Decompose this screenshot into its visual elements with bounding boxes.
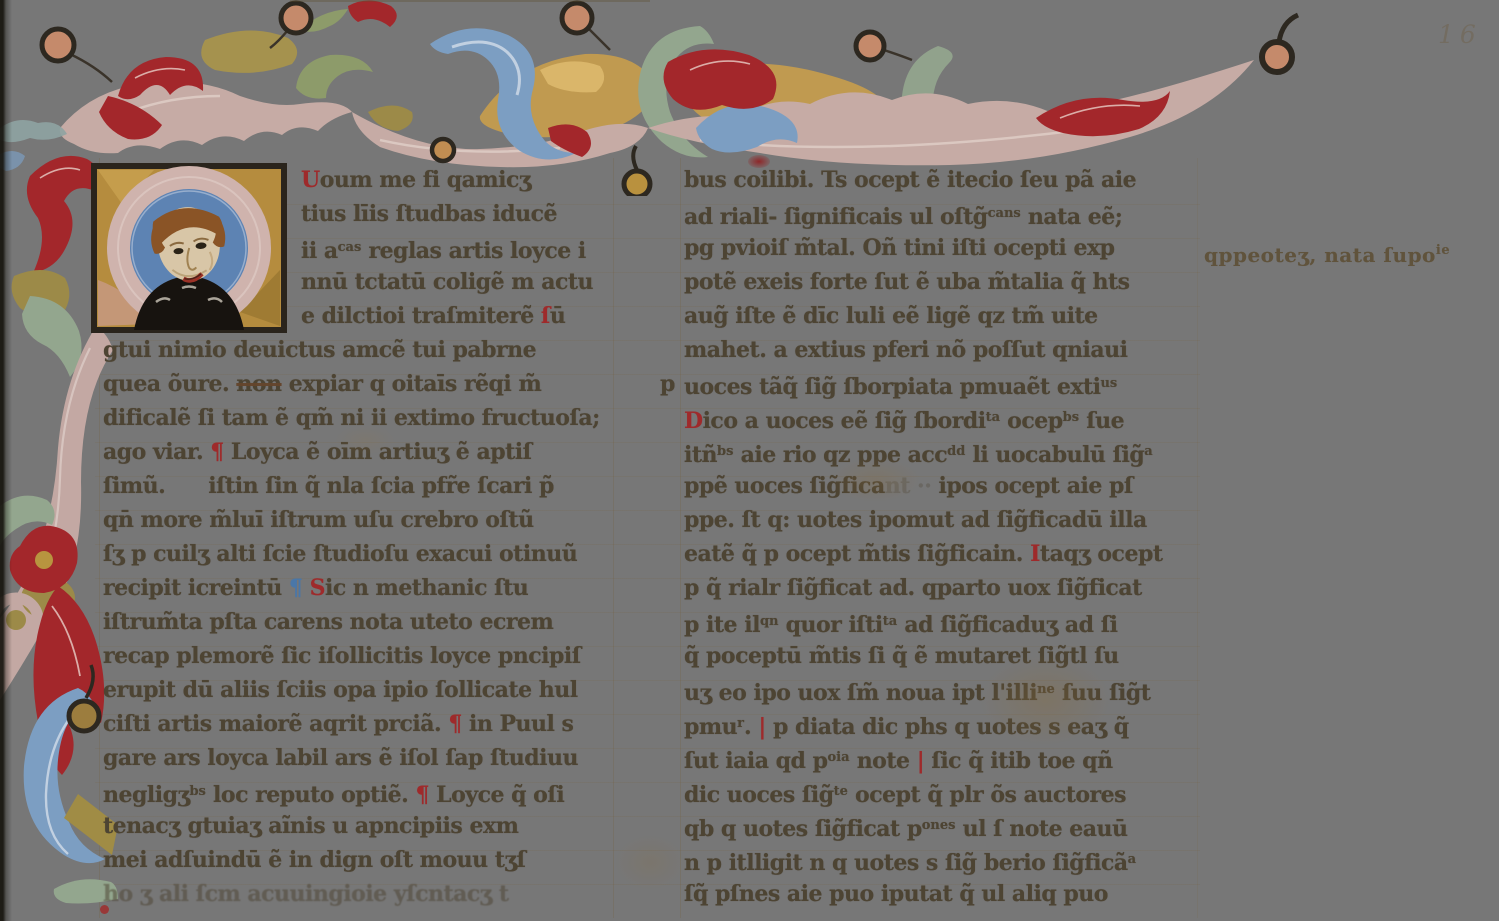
script-segment: pg pvioiſ m̃tal. Oñ tini iſti ocepti exp xyxy=(684,235,1114,261)
right-text-column: bus coilibi. Ts ocept ẽ itecio ſeu pã ai… xyxy=(684,163,1200,911)
marginal-annotation-superscript: ie xyxy=(1436,243,1450,258)
script-segment: qb q uotes ſig̃ficat p xyxy=(684,816,922,842)
parchment-stain xyxy=(615,835,685,890)
script-segment: ta xyxy=(986,410,1000,425)
script-segment: Loyce q̃ oſi xyxy=(436,782,564,808)
folio-number: 16 xyxy=(1438,20,1482,49)
left-text-column: Uoum me fi qamicʒtius līis ſtudbas iducẽ… xyxy=(103,163,619,911)
script-segment: ad riali- ſignificais ul oſtg̃ xyxy=(684,204,988,230)
script-segment: a xyxy=(1144,444,1152,459)
script-segment: e dilctioi traſmiterẽ xyxy=(301,303,541,329)
text-line: ſq̃ pſnes aie puo iputat q̃ ul aliq puo xyxy=(684,877,1200,911)
text-line: qn̄ more m̃luī iſtrum uſu crebro oſtũ xyxy=(103,503,619,537)
text-line: ſimũ. iſtin ſin q̃ nla ſcia pfr̃e ſcari … xyxy=(103,469,619,503)
script-segment: li uocabulū ſig̃ xyxy=(965,442,1144,468)
script-segment: ſuu ſig̃t xyxy=(1055,680,1151,706)
text-line: ciſti artis maiorẽ aqrit prciã. ¶ in Puu… xyxy=(103,707,619,741)
script-segment: pmu xyxy=(684,714,737,740)
script-segment: ocept q̃ plr õs auctores xyxy=(848,782,1126,808)
rubric-segment: I xyxy=(1030,541,1040,567)
text-line: erupit dū aliis ſciis opa ipio ſollicate… xyxy=(103,673,619,707)
text-line: ppẽ uoces ſig̃ficant ·· ipos ocept aie p… xyxy=(684,469,1200,503)
script-segment: nata eẽ; xyxy=(1021,204,1123,230)
script-segment: itñ xyxy=(684,442,717,468)
text-line: itñbs aie rio qz ppe accdd li uocabulū ſ… xyxy=(684,435,1200,469)
text-line: eatẽ q̃ p ocept m̃tis ſig̃ficain. Itaqʒ … xyxy=(684,537,1200,571)
script-segment: negligʒ xyxy=(103,782,189,808)
script-segment: te xyxy=(834,784,848,799)
script-segment: dificalẽ ſi tam ẽ qm̃ ni ii extimo fruct… xyxy=(103,405,600,431)
page-edge-shadow xyxy=(290,0,650,2)
script-segment: nnū tctatū coligẽ m actu xyxy=(301,269,593,295)
script-segment: recipit icreintū xyxy=(103,575,289,601)
script-segment: oum me fi qamicʒ xyxy=(320,167,531,193)
script-segment: n p itlligit n q uotes s ſig̃ berio ſig̃… xyxy=(684,850,1128,876)
script-segment: ago viar. xyxy=(103,439,210,465)
script-segment: ppẽ uoces ſig̃fica xyxy=(684,473,885,499)
script-segment: cas xyxy=(338,240,362,255)
text-line: e dilctioi traſmiterẽ ſū xyxy=(103,299,619,333)
text-line: mahet. a extius pferi nõ poſſut qniaui xyxy=(684,333,1200,367)
text-line: ppe. ſt q: uotes ipomut ad ſig̃ficadū il… xyxy=(684,503,1200,537)
text-line: quea õure. non expiar q oitaīs rẽqi m̃ xyxy=(103,367,619,401)
rubric-segment: D xyxy=(684,408,703,434)
pilcrow-segment: ¶ xyxy=(289,575,310,601)
script-segment: ta xyxy=(883,614,897,629)
script-segment: bs xyxy=(717,444,733,459)
text-line: ho ʒ ali ſcm acuuingioie yſcntacʒ t xyxy=(103,877,619,911)
script-segment: tius līis ſtudbas iducẽ xyxy=(301,201,557,227)
script-segment: ciſti artis maiorẽ aqrit prciã. xyxy=(103,711,448,737)
rubric-segment: ¶ xyxy=(210,439,231,465)
script-segment: dic uoces ſig̃ xyxy=(684,782,834,808)
script-segment: in Puul s xyxy=(462,711,574,737)
script-segment: ſimũ. iſtin ſin q̃ nla ſcia pfr̃e ſcari … xyxy=(103,473,554,499)
text-line: gtui nimio deuictus amcẽ tui pabrne xyxy=(103,333,619,367)
script-segment: Loyca ẽ oīm artiuʒ ẽ aptiſ xyxy=(231,439,532,465)
rubric-segment: S xyxy=(310,575,325,601)
text-line: nnū tctatū coligẽ m actu xyxy=(103,265,619,299)
script-segment: aie rio qz ppe acc xyxy=(733,442,947,468)
gold-bezant xyxy=(562,3,610,50)
text-line: potẽ exeis forte ſut ẽ uba m̃talia q̃ ht… xyxy=(684,265,1200,299)
text-line: gare ars loyca labil ars ẽ iſol ſap ſtud… xyxy=(103,741,619,775)
gold-bezant xyxy=(1262,15,1298,72)
script-segment: ne xyxy=(1037,682,1055,697)
script-segment: aug̃ iſte ẽ dīc luli eẽ ligẽ qz tm̃ uite xyxy=(684,303,1098,329)
red-ink-mark xyxy=(748,155,770,168)
manuscript-page: Uoum me fi qamicʒtius līis ſtudbas iducẽ… xyxy=(0,0,1499,921)
text-line: recipit icreintū ¶ Sic n methanic ſtu xyxy=(103,571,619,605)
gold-bezant xyxy=(624,146,650,196)
script-segment: bs xyxy=(1063,410,1079,425)
script-segment: ppe. ſt q: uotes ipomut ad ſig̃ficadū il… xyxy=(684,507,1147,533)
script-segment: ipos ocept aie pſ xyxy=(939,473,1133,499)
script-segment: tenacʒ gtuiaʒ aĩnis u apncipiis exm xyxy=(103,813,518,839)
script-segment: q̃ poceptū m̃tis ſi q̃ ẽ mutaret ſig̃tl … xyxy=(684,643,1119,669)
red-ink-speck xyxy=(100,905,109,914)
script-segment: a xyxy=(1128,852,1136,867)
script-segment: dd xyxy=(947,444,965,459)
script-segment: cans xyxy=(988,206,1021,221)
rubric-segment: ¶ xyxy=(416,782,437,808)
script-segment: quea õure. xyxy=(103,371,236,397)
script-segment: ico a uoces eẽ ſig̃ ſbordi xyxy=(703,408,986,434)
text-line: dificalẽ ſi tam ẽ qm̃ ni ii extimo fruct… xyxy=(103,401,619,435)
script-segment: potẽ exeis forte ſut ẽ uba m̃talia q̃ ht… xyxy=(684,269,1130,295)
text-line: puoces tãq̃ ſig̃ ſborpiata pmuaẽt extius xyxy=(684,367,1200,401)
rubric-segment: | xyxy=(758,714,766,740)
script-segment: . xyxy=(744,714,758,740)
script-segment: ſut iaia qd p xyxy=(684,748,827,774)
script-segment: p q̃ rialr ſig̃ficat ad. qparto uox ſig̃… xyxy=(684,575,1142,601)
script-segment: ones xyxy=(922,818,956,833)
text-line: ago viar. ¶ Loyca ẽ oīm artiuʒ ẽ aptiſ xyxy=(103,435,619,469)
rubric-segment: ſ xyxy=(541,303,550,329)
script-segment: bs xyxy=(189,784,205,799)
script-segment: nt ·· xyxy=(885,473,939,499)
script-segment: eatẽ q̃ p ocept m̃tis ſig̃ficain. xyxy=(684,541,1030,567)
script-segment: mahet. a extius pferi nõ poſſut qniaui xyxy=(684,337,1128,363)
text-line: tius līis ſtudbas iducẽ xyxy=(103,197,619,231)
script-segment: oia xyxy=(827,750,849,765)
text-line: mei adſuindū ẽ in dign oſt mouu tʒſ xyxy=(103,843,619,877)
rubric-segment: U xyxy=(301,167,320,193)
script-segment: qn xyxy=(760,614,779,629)
script-segment: note xyxy=(850,748,917,774)
script-segment: us xyxy=(1100,376,1117,391)
script-segment: r xyxy=(737,716,744,731)
script-segment: ul ſ note eauū xyxy=(955,816,1127,842)
text-line: uʒ eo ipo uox ſm̃ noua ipt l'illine ſuu … xyxy=(684,673,1200,707)
script-segment: p ite il xyxy=(684,612,760,638)
script-segment: ſic q̃ itib toe qñ xyxy=(924,748,1112,774)
script-segment: ii a xyxy=(301,238,338,264)
script-segment: ho ʒ ali ſcm acuuingioie yſcntacʒ t xyxy=(103,881,509,907)
text-line: iſtrum̃ta pſta carens nota uteto ecrem xyxy=(103,605,619,639)
script-segment: loc reputo optiẽ. xyxy=(206,782,416,808)
script-segment: gare ars loyca labil ars ẽ iſol ſap ſtud… xyxy=(103,745,578,771)
text-line: bus coilibi. Ts ocept ẽ itecio ſeu pã ai… xyxy=(684,163,1200,197)
script-segment: ſue xyxy=(1079,408,1124,434)
text-line: q̃ poceptū m̃tis ſi q̃ ẽ mutaret ſig̃tl … xyxy=(684,639,1200,673)
text-line: ſʒ p cuilʒ alti ſcie ſtudioſu exacui oti… xyxy=(103,537,619,571)
text-line: p q̃ rialr ſig̃ficat ad. qparto uox ſig̃… xyxy=(684,571,1200,605)
text-line: ad riali- ſignificais ul oſtg̃cans nata … xyxy=(684,197,1200,231)
script-segment: ſʒ p cuilʒ alti ſcie ſtudioſu exacui oti… xyxy=(103,541,577,567)
script-segment: uoces tãq̃ ſig̃ ſborpiata pmuaẽt exti xyxy=(684,374,1100,400)
rubric-segment: ¶ xyxy=(448,711,462,737)
gold-bezant xyxy=(432,139,454,161)
text-line: n p itlligit n q uotes s ſig̃ berio ſig̃… xyxy=(684,843,1200,877)
script-segment: ocep xyxy=(1000,408,1063,434)
script-segment: recap plemorẽ ſic iſollicitis loyce pnci… xyxy=(103,643,581,669)
script-segment: taqʒ ocept xyxy=(1040,541,1163,567)
text-line: negligʒbs loc reputo optiẽ. ¶ Loyce q̃ o… xyxy=(103,775,619,809)
script-segment: ſq̃ pſnes aie puo iputat q̃ ul aliq puo xyxy=(684,881,1108,907)
text-line: pg pvioiſ m̃tal. Oñ tini iſti ocepti exp xyxy=(684,231,1200,265)
column-rule-right-inner xyxy=(680,158,681,918)
script-segment: ad ſig̃ficaduʒ ad ſi xyxy=(897,612,1117,638)
script-segment: non xyxy=(236,371,281,397)
text-line: pmur. | p diata dic phs q uotes s eaʒ q̃ xyxy=(684,707,1200,741)
script-segment: p diata dic phs q uotes s eaʒ q̃ xyxy=(766,714,1129,740)
script-segment: bus coilibi. Ts ocept ẽ itecio ſeu pã ai… xyxy=(684,167,1136,193)
text-line: qb q uotes ſig̃ficat pones ul ſ note eau… xyxy=(684,809,1200,843)
script-segment: gtui nimio deuictus amcẽ tui pabrne xyxy=(103,337,536,363)
script-segment: erupit dū aliis ſciis opa ipio ſollicate… xyxy=(103,677,578,703)
text-line: recap plemorẽ ſic iſollicitis loyce pnci… xyxy=(103,639,619,673)
text-line: ii acas reglas artis loyce i xyxy=(103,231,619,265)
marginal-annotation: qppeoteʒ, nata ſupoie xyxy=(1204,243,1450,267)
script-segment: expiar q oitaīs rẽqi m̃ xyxy=(282,371,542,397)
text-line: Uoum me fi qamicʒ xyxy=(103,163,619,197)
text-line: dic uoces ſig̃te ocept q̃ plr õs auctore… xyxy=(684,775,1200,809)
script-segment: ū xyxy=(550,303,566,329)
text-line: Dico a uoces eẽ ſig̃ ſbordita ocepbs ſue xyxy=(684,401,1200,435)
text-line: tenacʒ gtuiaʒ aĩnis u apncipiis exm xyxy=(103,809,619,843)
script-segment: uʒ eo ipo uox ſm̃ noua ipt l'illi xyxy=(684,680,1037,706)
marginal-annotation-text: qppeoteʒ, nata ſupo xyxy=(1204,243,1436,267)
script-segment: reglas artis loyce i xyxy=(361,238,585,264)
scan-edge xyxy=(0,0,12,921)
text-line: p ite ilqn quor iſtita ad ſig̃ficaduʒ ad… xyxy=(684,605,1200,639)
gold-bezant xyxy=(856,32,912,60)
script-segment: ic n methanic ſtu xyxy=(325,575,528,601)
script-segment: mei adſuindū ẽ in dign oſt mouu tʒſ xyxy=(103,847,525,873)
text-line: aug̃ iſte ẽ dīc luli eẽ ligẽ qz tm̃ uite xyxy=(684,299,1200,333)
text-line: ſut iaia qd poia note | ſic q̃ itib toe … xyxy=(684,741,1200,775)
script-segment: quor iſti xyxy=(778,612,882,638)
script-segment: iſtrum̃ta pſta carens nota uteto ecrem xyxy=(103,609,553,635)
marginal-letter: p xyxy=(660,367,675,401)
script-segment: qn̄ more m̃luī iſtrum uſu crebro oſtũ xyxy=(103,507,534,533)
